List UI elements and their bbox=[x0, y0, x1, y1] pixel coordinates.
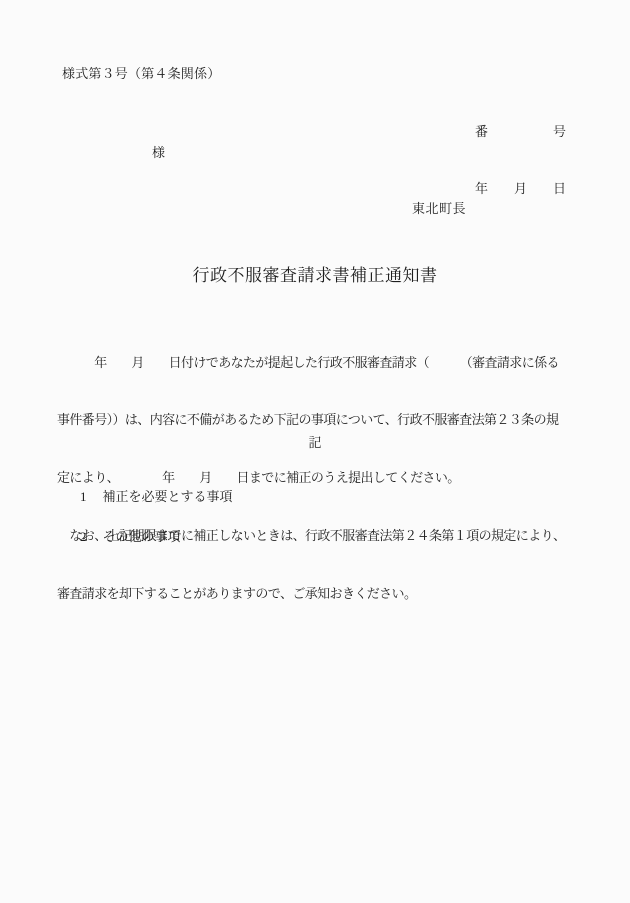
list-item-1-label: 補正を必要とする事項 bbox=[103, 489, 233, 504]
list-item-2: 2その他の事項 bbox=[67, 510, 181, 561]
body-line-5: 審査請求を却下することがありますので、ご承知おきください。 bbox=[57, 584, 577, 603]
document-page: 様式第３号（第４条関係） 番 号 年 月 日 様 東北町長 行政不服審査請求書補… bbox=[0, 0, 630, 903]
list-item-2-label: その他の事項 bbox=[103, 529, 181, 544]
document-title: 行政不服審査請求書補正通知書 bbox=[0, 261, 630, 286]
form-number: 様式第３号（第４条関係） bbox=[62, 63, 220, 82]
reference-date-line: 年 月 日 bbox=[475, 179, 566, 198]
section-marker-ki: 記 bbox=[0, 432, 630, 451]
sender-title: 東北町長 bbox=[412, 198, 466, 217]
addressee-suffix: 様 bbox=[152, 142, 165, 161]
list-item-1-number: 1 bbox=[80, 489, 87, 504]
reference-number-line: 番 号 bbox=[475, 122, 566, 141]
list-item-2-number: 2 bbox=[80, 529, 87, 544]
body-line-1: 年 月 日付けであなたが提起した行政不服審査請求（ （審査請求に係る bbox=[57, 353, 577, 372]
reference-block: 番 号 年 月 日 bbox=[475, 84, 566, 236]
body-line-2: 事件番号））は、内容に不備があるため下記の事項について、行政不服審査法第２３条の… bbox=[57, 410, 577, 429]
